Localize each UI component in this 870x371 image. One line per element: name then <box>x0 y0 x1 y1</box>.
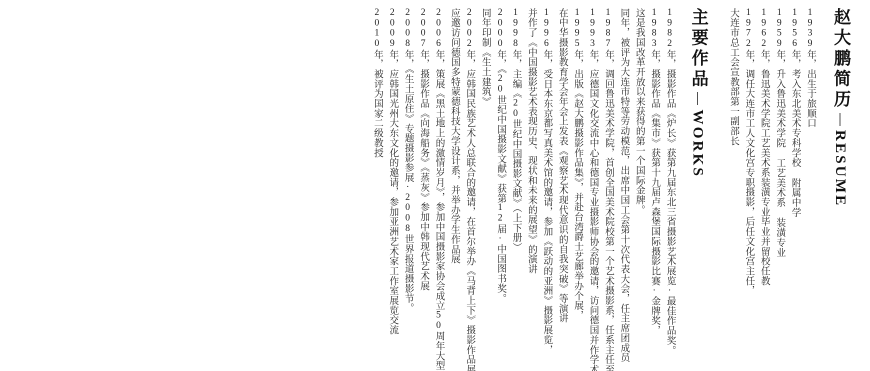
works-entry: 同年，被评为大连市特等劳动模范，出席中国工会第十次代表大会，任主席团成员 <box>615 8 630 371</box>
biography-page: 赵大鹏简历|RESUME 1939年，出生于旅顺口1956年，考入东北美术专科学… <box>0 0 870 371</box>
resume-title: 赵大鹏简历|RESUME <box>826 8 854 371</box>
works-title: 主要作品|WORKS <box>684 8 712 371</box>
works-entry: 1996年，受日本东京都写真美术馆的邀请，参加《跃动的亚洲》摄影展览， <box>538 8 553 371</box>
resume-entry: 1959年，升入鲁迅美术学院 工艺美术系 装潢专业 <box>771 8 786 371</box>
works-title-separator: | <box>690 90 706 110</box>
works-entry: 并作了《中国摄影艺术表现历史、现状和未来的展望》的演讲 <box>523 8 538 371</box>
resume-entry: 1939年，出生于旅顺口 <box>802 8 817 371</box>
resume-entry: 1956年，考入东北美术专科学校 附属中学 <box>786 8 801 371</box>
works-entry: 在中华摄影教育学会年会上发表《观察艺术现代意识的自我突破》等演讲 <box>553 8 568 371</box>
works-entry: 1983年，摄影作品《集市》获第十九届卢森堡国际摄影比赛·金牌奖， <box>646 8 661 371</box>
works-entry: 应邀访问德国多特蒙德科技大学设计系，并举办学生作品展 <box>445 8 460 371</box>
works-entry: 1993年，应德国文化交流中心和德国专业摄影师协会的邀请，访问德国并作学术演讲 <box>584 8 599 371</box>
resume-title-separator: | <box>832 111 848 131</box>
works-entry: 2002年，应韩国民族艺术人总联合的邀请，在首尔举办《马背上下》摄影作品展 <box>461 8 476 371</box>
works-entry: 1998年，主编《20世纪中国摄影文献》（上下册） <box>507 8 522 371</box>
works-title-cjk: 主要作品 <box>689 8 708 90</box>
resume-section: 赵大鹏简历|RESUME 1939年，出生于旅顺口1956年，考入东北美术专科学… <box>725 8 854 371</box>
resume-entry: 大连市总工会宣教部第一副部长 <box>725 8 740 371</box>
works-entry: 2006年，策展《黑土地上的激情岁月》，参加中国摄影家协会成立50周年大型展览 <box>430 8 445 371</box>
works-entry: 2010年，被评为国家二级教授 <box>368 8 383 371</box>
works-section: 主要作品|WORKS 1982年，摄影作品《炉长》获第九届东北三省摄影艺术展览·… <box>368 8 711 371</box>
works-entry: 1995年，出版《赵大鹏摄影作品集》，并赴台湾爵士艺廊举办个展， <box>569 8 584 371</box>
works-entry: 2007年，摄影作品《向海船务》《蒸灰》参加中韩现代艺术展 <box>415 8 430 371</box>
works-entry: 1982年，摄影作品《炉长》获第九届东北三省摄影艺术展览·最佳作品奖。 <box>661 8 676 371</box>
resume-title-cjk: 赵大鹏简历 <box>831 8 850 111</box>
works-entry: 2009年，应韩国光州大东文化的邀请，参加亚洲艺术家工作室展览交流 <box>384 8 399 371</box>
resume-entry: 1972年，调任大连市工人文化宫专职摄影，后任文化宫主任， <box>740 8 755 371</box>
works-entry: 这是我国改革开放以来获得的第一个国际金牌。 <box>630 8 645 371</box>
resume-title-latin: RESUME <box>832 130 848 207</box>
resume-entry: 1962年，鲁迅美术学院工艺美术系装潢专业毕业并留校任教 <box>755 8 770 371</box>
works-entry: 1987年，调回鲁迅美术学院，首创全国美术院校第一个艺术摄影系，任系主任至199… <box>600 8 615 371</box>
works-title-latin: WORKS <box>690 110 706 179</box>
works-entry: 2008年，《生土原住》专题摄影参展·2008世界报道摄影节。 <box>399 8 414 371</box>
works-entry: 2000年，《20世纪中国摄影文献》获第12届·中国图书奖。 <box>492 8 507 371</box>
works-entry: 同年印制《生土建筑》 <box>476 8 491 371</box>
